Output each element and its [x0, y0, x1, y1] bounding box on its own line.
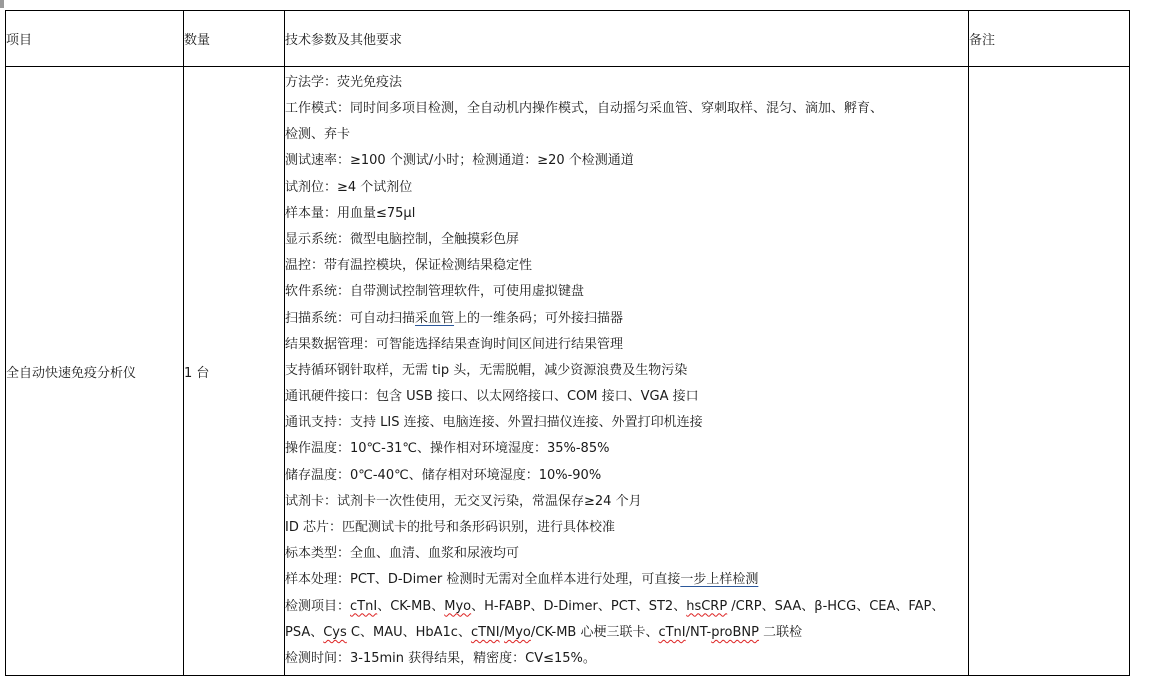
table-row: 全自动快速免疫分析仪 1 台 方法学：荧光免疫法 工作模式：同时间多项目检测，全…: [6, 67, 1130, 676]
param-sample-volume: 样本量：用血量≤75μl: [285, 201, 968, 227]
test-item-text: /CRP、SAA、β-HCG、CEA、FAP、: [727, 599, 944, 614]
param-temp-control: 温控：带有温控模块，保证检测结果稳定性: [285, 253, 968, 279]
param-op-temp: 操作温度：10℃-31℃、操作相对环境湿度：35%-85%: [285, 436, 968, 462]
sample-proc-underlined: 一步上样检测: [680, 572, 758, 587]
param-detection-time: 检测时间：3-15min 获得结果，精密度：CV≤15%。: [285, 646, 968, 672]
param-display: 显示系统：微型电脑控制，全触摸彩色屏: [285, 227, 968, 253]
param-software: 软件系统：自带测试控制管理软件，可使用虚拟键盘: [285, 279, 968, 305]
spec-table: 项目 数量 技术参数及其他要求 备注 全自动快速免疫分析仪 1 台 方法学：荧光…: [5, 10, 1130, 676]
previous-page-remnant: [0, 0, 1150, 8]
test-item-text: C、MAU、HbA1c、: [347, 625, 471, 640]
param-test-items-cont: PSA、Cys C、MAU、HbA1c、cTNI/Myo/CK-MB 心梗三联卡…: [285, 620, 968, 646]
param-sampling: 支持循环钢针取样，无需 tip 头，无需脱帽，减少资源浪费及生物污染: [285, 358, 968, 384]
param-sample-types: 标本类型：全血、血清、血浆和尿液均可: [285, 541, 968, 567]
spellcheck-flagged-term: hsCRP: [686, 599, 727, 614]
param-data-mgmt: 结果数据管理：可智能选择结果查询时间区间进行结果管理: [285, 332, 968, 358]
param-hw-interface: 通讯硬件接口：包含 USB 接口、以太网络接口、COM 接口、VGA 接口: [285, 384, 968, 410]
param-storage-temp: 储存温度：0℃-40℃、储存相对环境湿度：10%-90%: [285, 463, 968, 489]
header-specs: 技术参数及其他要求: [285, 11, 969, 67]
param-id-chip: ID 芯片：匹配测试卡的批号和条形码识别，进行具体校准: [285, 515, 968, 541]
param-test-items: 检测项目：cTnI、CK-MB、Myo、H-FABP、D-Dimer、PCT、S…: [285, 594, 968, 620]
test-item-text: PSA、: [285, 625, 323, 640]
scan-text-pre: 扫描系统：可自动扫描: [285, 311, 415, 326]
param-comm-support: 通讯支持：支持 LIS 连接、电脑连接、外置扫描仪连接、外置打印机连接: [285, 410, 968, 436]
spellcheck-flagged-term: cTnI: [350, 599, 377, 614]
param-sample-processing: 样本处理：PCT、D-Dimer 检测时无需对全血样本进行处理，可直接一步上样检…: [285, 567, 968, 593]
specs-cell: 方法学：荧光免疫法 工作模式：同时间多项目检测，全自动机内操作模式，自动摇匀采血…: [285, 67, 969, 676]
param-rate: 测试速率：≥100 个测试/小时；检测通道：≥20 个检测通道: [285, 148, 968, 174]
test-item-text: /NT-: [686, 625, 712, 640]
quantity-cell: 1 台: [184, 67, 285, 676]
header-item: 项目: [6, 11, 184, 67]
spellcheck-flagged-term: Cys: [323, 625, 347, 640]
spellcheck-flagged-term: Myo: [504, 625, 531, 640]
param-scan-system: 扫描系统：可自动扫描采血管上的一维条码；可外接扫描器: [285, 306, 968, 332]
header-remarks: 备注: [969, 11, 1130, 67]
test-item-text: 、H-FABP、D-Dimer、PCT、ST2、: [471, 599, 686, 614]
scan-underlined-term: 采血管: [415, 311, 454, 326]
test-item-text: /CK-MB 心梗三联卡、: [531, 625, 659, 640]
sample-proc-pre: 样本处理：PCT、D-Dimer 检测时无需对全血样本进行处理，可直接: [285, 572, 680, 587]
remarks-cell: [969, 67, 1130, 676]
param-reagent-positions: 试剂位：≥4 个试剂位: [285, 175, 968, 201]
header-row: 项目 数量 技术参数及其他要求 备注: [6, 11, 1130, 67]
test-items-line1: cTnI、CK-MB、Myo、H-FABP、D-Dimer、PCT、ST2、hs…: [350, 599, 944, 614]
spellcheck-flagged-term: Myo: [444, 599, 471, 614]
test-item-text: 、CK-MB、: [377, 599, 444, 614]
param-reagent-card: 试剂卡：试剂卡一次性使用，无交叉污染，常温保存≥24 个月: [285, 489, 968, 515]
text-boundary-marker: [0, 0, 4, 8]
header-quantity: 数量: [184, 11, 285, 67]
param-work-mode: 工作模式：同时间多项目检测，全自动机内操作模式，自动摇匀采血管、穿刺取样、混匀、…: [285, 96, 968, 122]
spellcheck-flagged-term: cTNI: [471, 625, 500, 640]
spellcheck-flagged-term: cTnI: [658, 625, 685, 640]
test-items-label: 检测项目：: [285, 599, 350, 614]
item-name-cell: 全自动快速免疫分析仪: [6, 67, 184, 676]
test-item-text: 二联检: [759, 625, 802, 640]
param-method: 方法学：荧光免疫法: [285, 70, 968, 96]
param-work-mode-cont: 检测、弃卡: [285, 122, 968, 148]
spellcheck-flagged-term: proBNP: [711, 625, 759, 640]
scan-text-post: 上的一维条码；可外接扫描器: [454, 311, 623, 326]
